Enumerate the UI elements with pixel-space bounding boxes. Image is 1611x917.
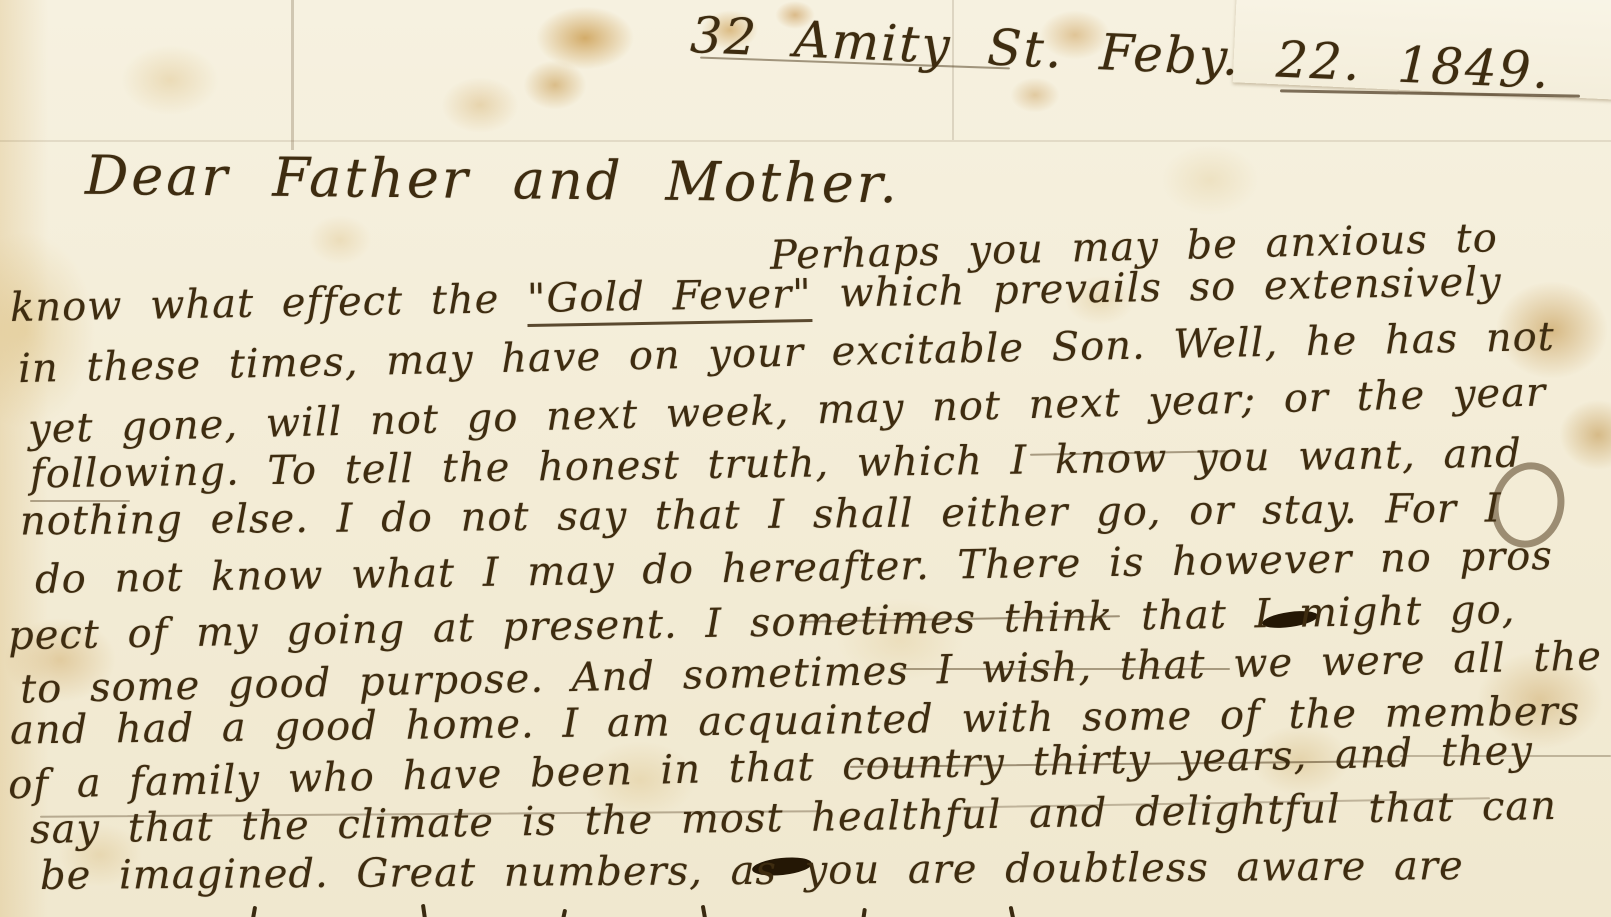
cutoff-line-stroke <box>861 908 867 917</box>
gold-fever-pre-text: know what effect the <box>10 276 528 331</box>
fold-crease <box>0 140 1611 142</box>
cutoff-line-stroke <box>1009 906 1016 917</box>
letter-salutation: Dear Father and Mother. <box>85 144 900 216</box>
gold-fever-underlined-text: "Gold Fever" <box>527 271 812 327</box>
cutoff-line-stroke <box>421 904 427 917</box>
cutoff-line-stroke <box>701 905 708 917</box>
cutoff-line-stroke <box>561 909 567 917</box>
cutoff-line-stroke <box>251 906 257 917</box>
letter-line: be imagined. Great numbers, as you are d… <box>40 843 1464 899</box>
letter-scan: 32 Amity St. Feby. 22. 1849. Dear Father… <box>0 0 1611 917</box>
fold-crease <box>291 0 294 150</box>
